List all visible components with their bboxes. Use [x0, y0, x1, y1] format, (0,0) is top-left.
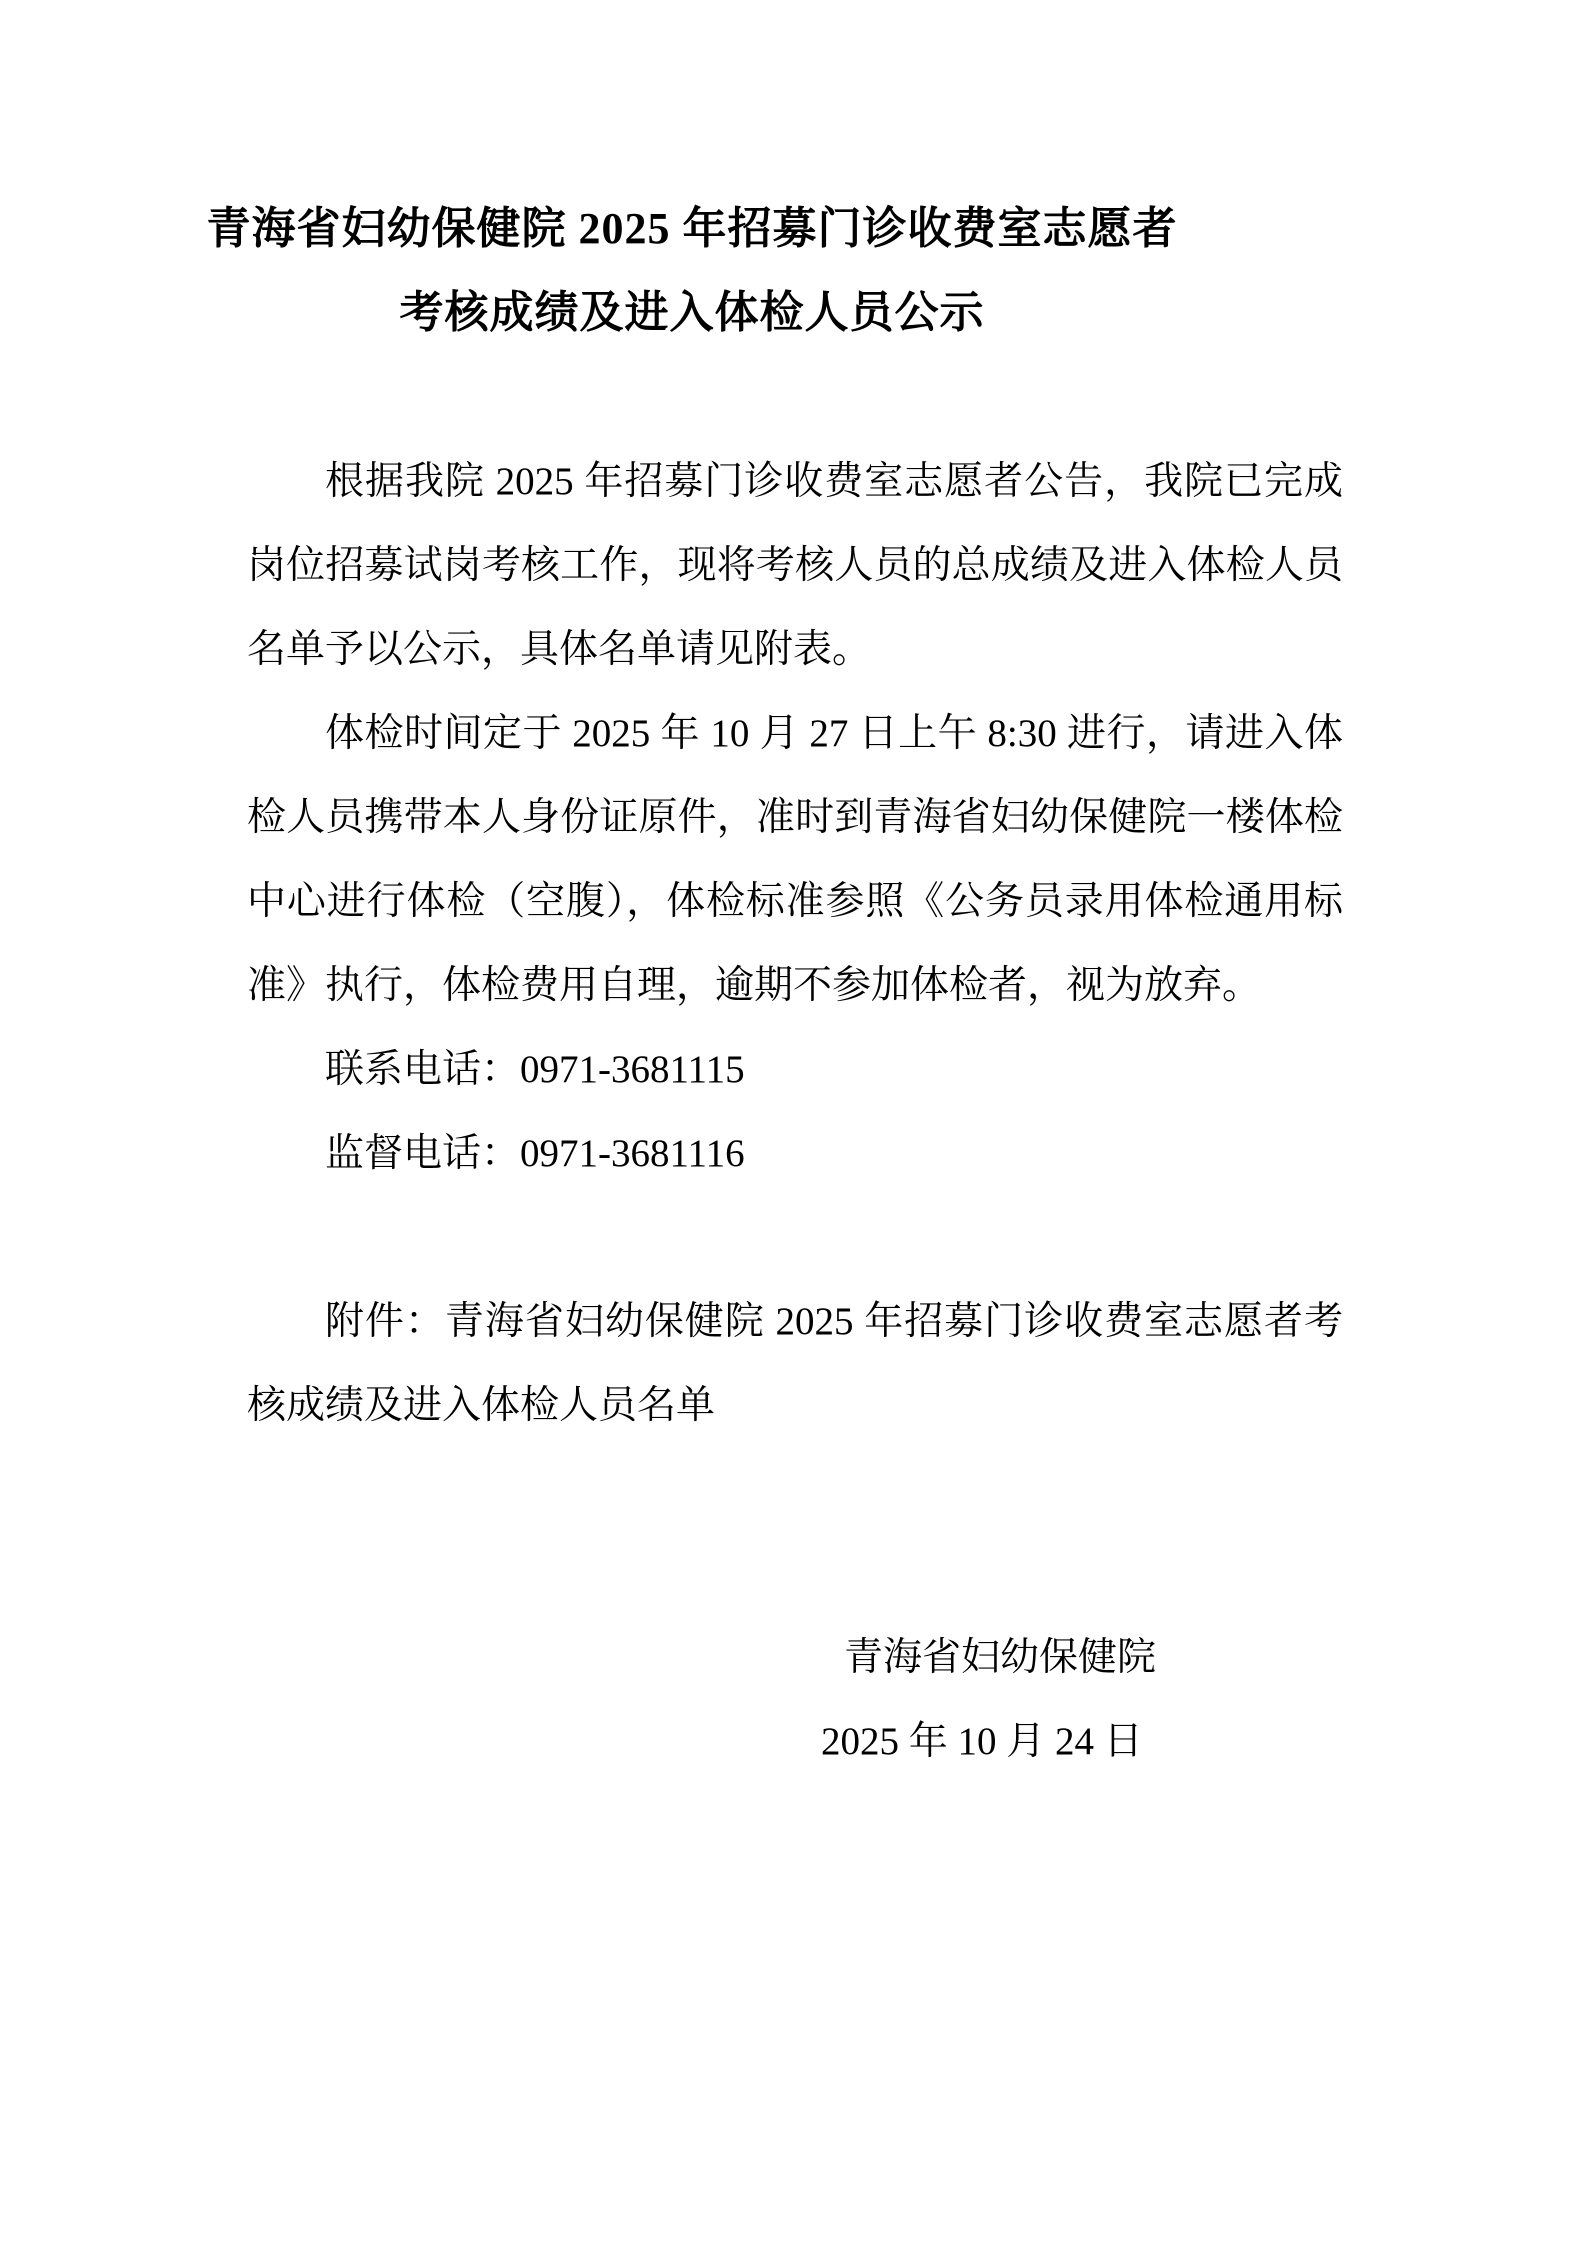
paragraph2-line1: 体检时间定于 2025 年 10 月 27 日上午 8:30 进行，请进入体 [247, 692, 1343, 776]
paragraph1-line3: 名单予以公示，具体名单请见附表。 [247, 608, 1343, 692]
blank-line [247, 1196, 1343, 1280]
blank-line [247, 1532, 1343, 1616]
paragraph2-line4: 准》执行，体检费用自理，逾期不参加体检者，视为放弃。 [247, 944, 1343, 1028]
document-title: 青海省妇幼保健院 2025 年招募门诊收费室志愿者 考核成绩及进入体检人员公示 [144, 188, 1240, 356]
paragraph2-line2: 检人员携带本人身份证原件，准时到青海省妇幼保健院一楼体检 [247, 776, 1343, 860]
blank-line [247, 1448, 1343, 1532]
contact-phone-line: 联系电话：0971-3681115 [247, 1028, 1343, 1112]
document-body: 根据我院 2025 年招募门诊收费室志愿者公告，我院已完成 岗位招募试岗考核工作… [247, 440, 1343, 1784]
paragraph1-line2: 岗位招募试岗考核工作，现将考核人员的总成绩及进入体检人员 [247, 524, 1343, 608]
supervision-phone-line: 监督电话：0971-3681116 [247, 1112, 1343, 1196]
document-page: 青海省妇幼保健院 2025 年招募门诊收费室志愿者 考核成绩及进入体检人员公示 … [0, 0, 1587, 2245]
title-line-2: 考核成绩及进入体检人员公示 [144, 272, 1240, 356]
attachment-line1: 附件：青海省妇幼保健院 2025 年招募门诊收费室志愿者考 [247, 1280, 1343, 1364]
attachment-line2: 核成绩及进入体检人员名单 [247, 1364, 1343, 1448]
paragraph2-line3: 中心进行体检（空腹），体检标准参照《公务员录用体检通用标 [247, 860, 1343, 944]
title-line-1: 青海省妇幼保健院 2025 年招募门诊收费室志愿者 [144, 188, 1240, 272]
signature-organization: 青海省妇幼保健院 [247, 1616, 1343, 1700]
paragraph1-line1: 根据我院 2025 年招募门诊收费室志愿者公告，我院已完成 [247, 440, 1343, 524]
signature-date: 2025 年 10 月 24 日 [247, 1700, 1343, 1784]
